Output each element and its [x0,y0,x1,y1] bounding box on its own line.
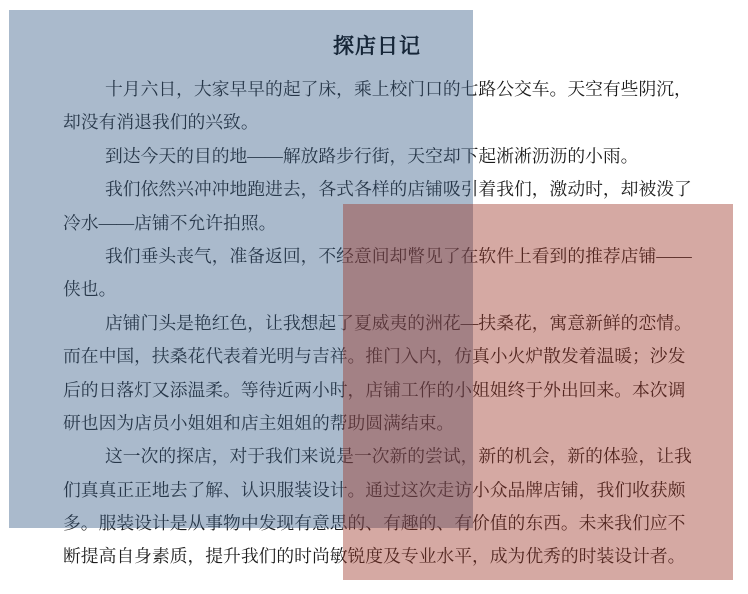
document-page: 探店日记 十月六日，大家早早的起了床，乘上校门口的七路公交车。天空有些阴沉，却没… [0,0,748,594]
red-highlight-rectangle[interactable] [343,204,733,580]
